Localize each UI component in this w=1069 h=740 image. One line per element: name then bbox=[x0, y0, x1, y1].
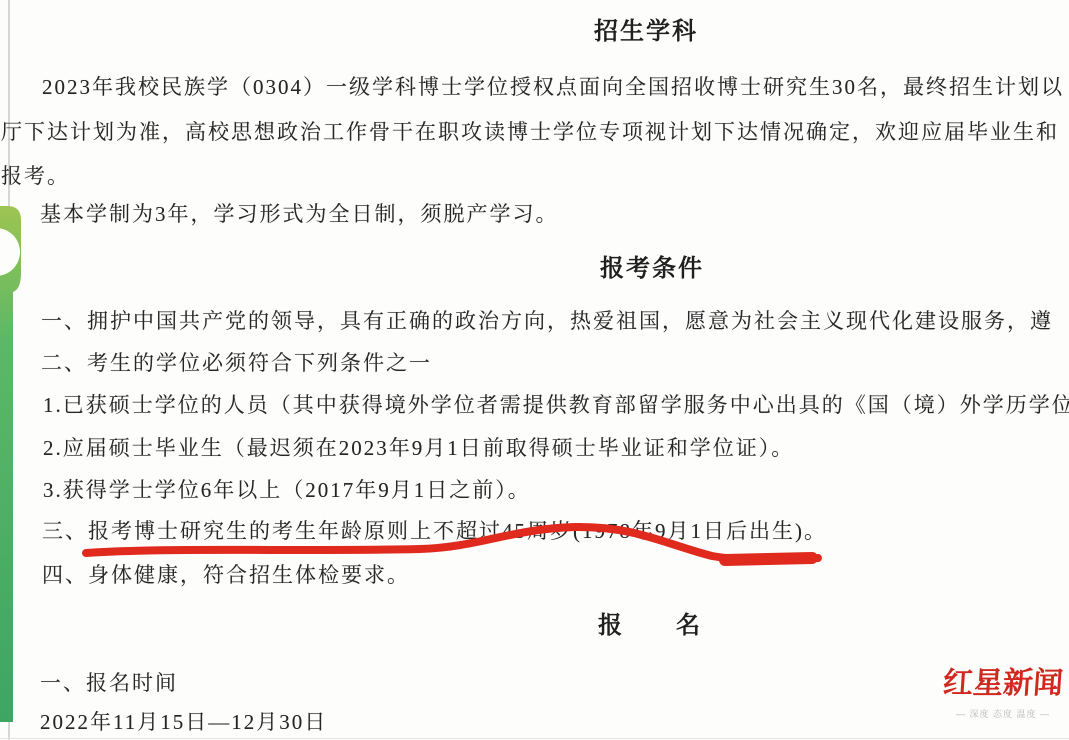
registration-time-label: 一、报名时间 bbox=[40, 673, 178, 694]
red-star-news-watermark: 红星新闻 — 深度 态度 温度 — bbox=[938, 664, 1068, 720]
logo-tagline: — 深度 态度 温度 — bbox=[938, 707, 1068, 720]
condition-sub-2: 2.应届硕士毕业生（最迟须在2023年9月1日前取得硕士毕业证和学位证）。 bbox=[43, 438, 794, 459]
intro-line-2: 厅下达计划为准，高校思想政治工作骨干在职攻读博士学位专项视计划下达情况确定，欢迎… bbox=[1, 122, 1059, 143]
frame-bottom-edge bbox=[0, 738, 1069, 739]
green-shape bbox=[0, 206, 21, 722]
condition-sub-1: 1.已获硕士学位的人员（其中获得境外学位者需提供教育部留学服务中心出具的《国（境… bbox=[43, 395, 1069, 416]
condition-item-1: 一、拥护中国共产党的领导，具有正确的政治方向，热爱祖国，愿意为社会主义现代化建设… bbox=[41, 311, 1053, 332]
schooling-line: 基本学制为3年，学习形式为全日制，须脱产学习。 bbox=[40, 204, 559, 225]
condition-item-3-age-limit: 三、报考博士研究生的考生年龄原则上不超过45周岁(1978年9月1日后出生)。 bbox=[42, 521, 827, 542]
section-heading-application-requirements: 报考条件 bbox=[600, 257, 704, 281]
registration-period: 2022年11月15日—12月30日 bbox=[40, 712, 327, 733]
green-edge-decoration bbox=[0, 0, 30, 740]
condition-item-2: 二、考生的学位必须符合下列条件之一 bbox=[41, 353, 432, 374]
intro-line-1: 2023年我校民族学（0304）一级学科博士学位授权点面向全国招收博士研究生30… bbox=[42, 77, 1064, 98]
document-page: 招生学科 报考条件 报 名 2023年我校民族学（0304）一级学科博士学位授权… bbox=[0, 0, 1069, 740]
section-heading-registration: 报 名 bbox=[598, 614, 702, 638]
condition-item-4: 四、身体健康，符合招生体检要求。 bbox=[42, 565, 410, 586]
red-underline-thick-end bbox=[725, 558, 812, 560]
section-heading-enrollment-subjects: 招生学科 bbox=[594, 20, 698, 44]
intro-line-3: 报考。 bbox=[1, 166, 70, 187]
red-star-news-logo: 红星新闻 bbox=[937, 664, 1069, 705]
condition-sub-3: 3.获得学士学位6年以上（2017年9月1日之前）。 bbox=[43, 480, 531, 501]
